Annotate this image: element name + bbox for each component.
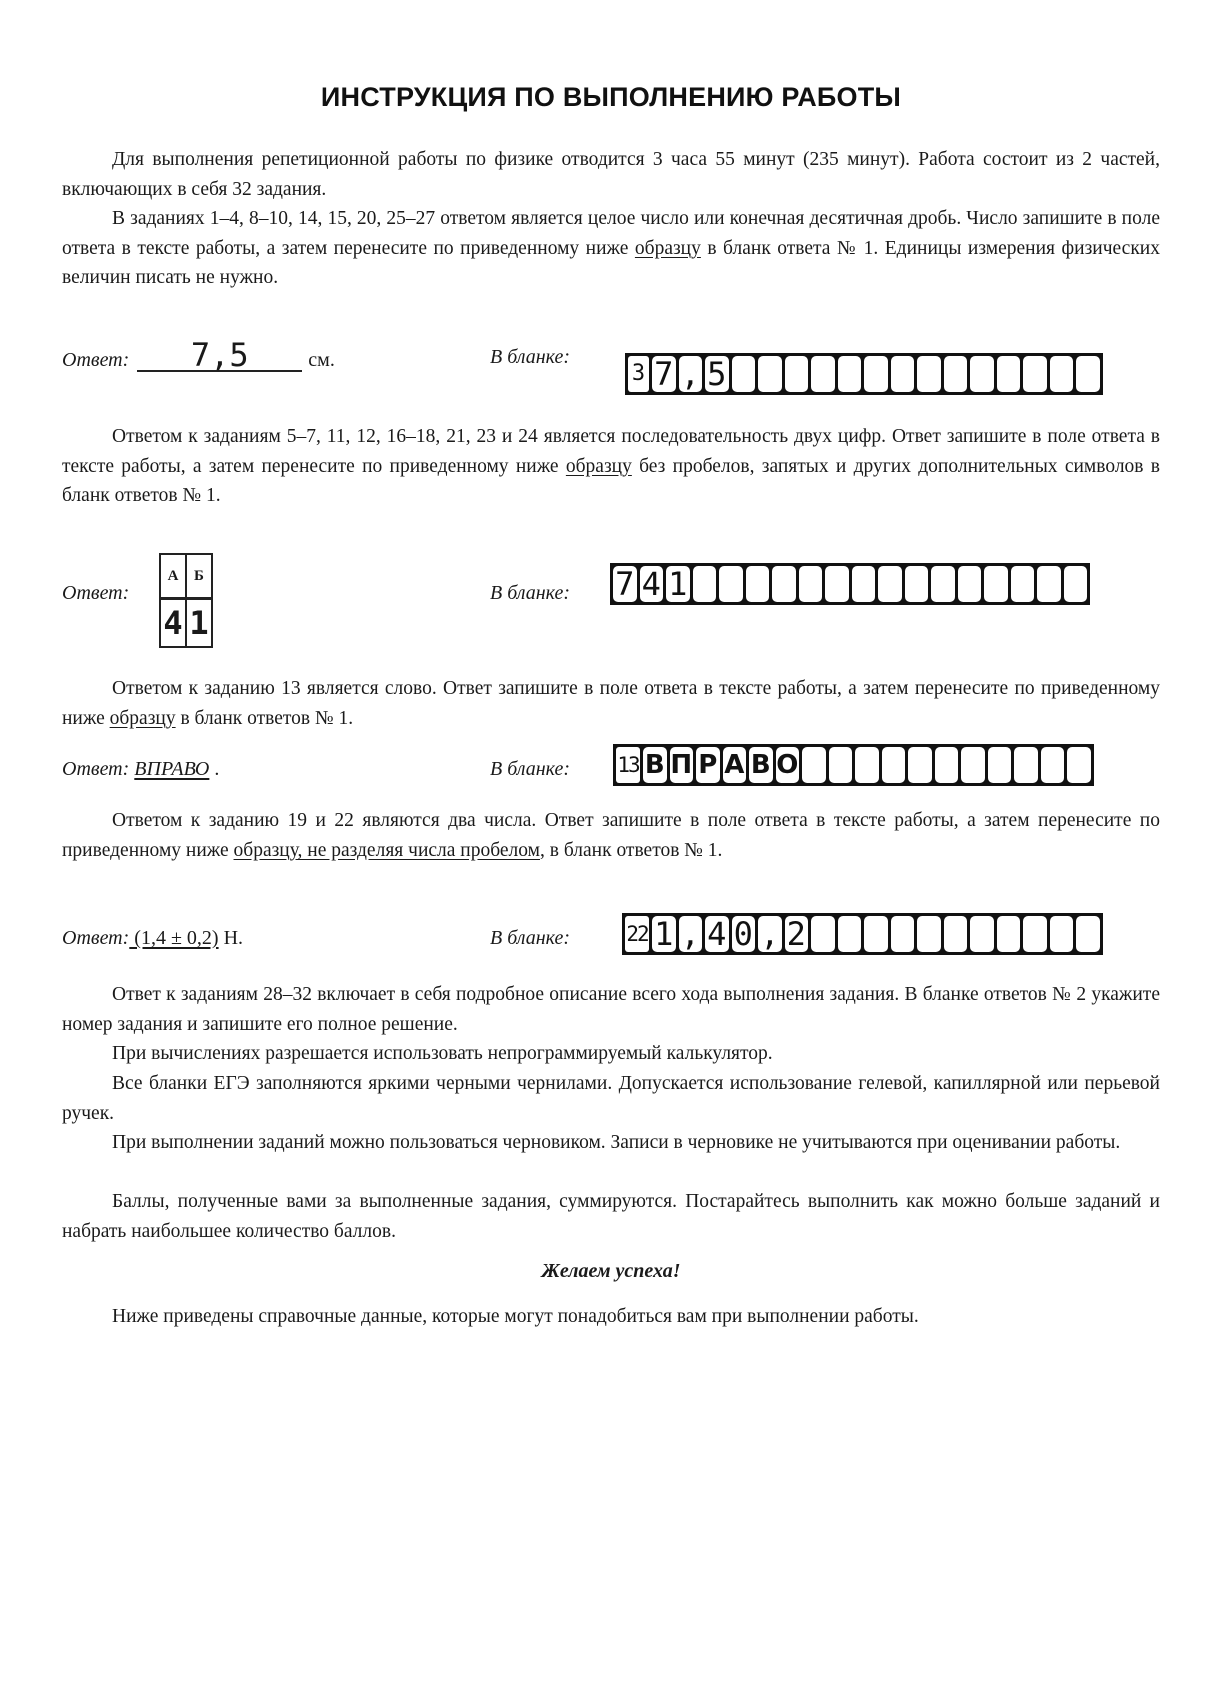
- example1-unit: см.: [308, 349, 335, 371]
- blank-cell: [931, 566, 955, 602]
- blank-cell: [997, 916, 1021, 952]
- blank-cell: ,: [758, 916, 782, 952]
- blank-cell: [1023, 916, 1047, 952]
- blank-cell: 4: [640, 566, 664, 602]
- blank-cell: О: [776, 747, 800, 783]
- example3-blank-grid: 13ВПРАВО: [613, 744, 1094, 786]
- sample-link: образцу: [110, 708, 176, 729]
- blank-cell: [855, 747, 879, 783]
- blank-cell: [719, 566, 743, 602]
- example1-answer: Ответ:7,5см.: [62, 340, 335, 372]
- blank-cell: [970, 356, 994, 392]
- example3-answer: Ответ: ВПРАВО .: [62, 758, 219, 781]
- blank-cell: [1014, 747, 1038, 783]
- example1-blank-grid: 37,5: [625, 353, 1103, 395]
- blank-cell-task-number: 7: [613, 566, 637, 602]
- blank-cell: В: [643, 747, 667, 783]
- blank-cell: [970, 916, 994, 952]
- blank-cell: [1050, 356, 1074, 392]
- sample-link: образцу: [566, 456, 632, 477]
- blank-cell: 7: [652, 356, 676, 392]
- blank-cell: [1050, 916, 1074, 952]
- blank-cell: [811, 356, 835, 392]
- blank-cell: [772, 566, 796, 602]
- example2-blank-grid: 741: [610, 563, 1090, 605]
- example4-answer-value: (1,4 ± 0,2): [129, 927, 218, 949]
- value-b: 1: [186, 599, 212, 648]
- blank-cell: [785, 356, 809, 392]
- example4-blank-grid: 221,40,2: [622, 913, 1103, 955]
- example3-answer-value: ВПРАВО: [134, 758, 209, 780]
- blank-cell: П: [670, 747, 694, 783]
- blank-cell: [1011, 566, 1035, 602]
- blank-cell: [825, 566, 849, 602]
- blank-cell: [864, 916, 888, 952]
- blank-cell: [988, 747, 1012, 783]
- blank-cell: [746, 566, 770, 602]
- blank-cell: [935, 747, 959, 783]
- blank-cell: [732, 356, 756, 392]
- paragraph-scoring: Баллы, полученные вами за выполненные за…: [62, 1187, 1160, 1246]
- blank-cell: [1067, 747, 1091, 783]
- blank-cell: [961, 747, 985, 783]
- blank-cell: [852, 566, 876, 602]
- blank-cell: [958, 566, 982, 602]
- blank-cell: 0: [732, 916, 756, 952]
- blank-cell: [799, 566, 823, 602]
- blank-cell: [917, 356, 941, 392]
- blank-cell: [891, 356, 915, 392]
- blank-cell: [811, 916, 835, 952]
- blank-cell: 5: [705, 356, 729, 392]
- blank-cell: [882, 747, 906, 783]
- column-header-b: Б: [186, 554, 212, 599]
- blank-cell: [1037, 566, 1061, 602]
- blank-cell: [997, 356, 1021, 392]
- blank-cell: [829, 747, 853, 783]
- blank-cell: 4: [705, 916, 729, 952]
- blank-cell: ,: [679, 916, 703, 952]
- sample-link: образцу: [635, 238, 701, 259]
- example2-blank-label: В бланке:: [490, 582, 570, 605]
- blank-cell: [944, 916, 968, 952]
- blank-cell: [984, 566, 1008, 602]
- blank-cell: [693, 566, 717, 602]
- blank-cell: [758, 356, 782, 392]
- blank-cell-task-number: 22: [625, 916, 649, 952]
- blank-cell: [917, 916, 941, 952]
- example4-blank-label: В бланке:: [490, 927, 570, 950]
- blank-cell: [1064, 566, 1088, 602]
- sample-link: образцу, не разделяя числа пробелом: [234, 840, 540, 861]
- example2-answer-label: Ответ:: [62, 582, 129, 605]
- paragraph-two-numbers: Ответом к заданию 19 и 22 являются два ч…: [62, 806, 1160, 865]
- page-title: ИНСТРУКЦИЯ ПО ВЫПОЛНЕНИЮ РАБОТЫ: [0, 82, 1222, 113]
- blank-cell: [1041, 747, 1065, 783]
- blank-cell-task-number: 13: [616, 747, 640, 783]
- value-a: 4: [160, 599, 186, 648]
- blank-cell: [802, 747, 826, 783]
- blank-cell: [1076, 356, 1100, 392]
- good-luck-text: Желаем успеха!: [0, 1260, 1222, 1283]
- paragraph-digit-sequence: Ответом к заданиям 5–7, 11, 12, 16–18, 2…: [62, 422, 1160, 511]
- example4-answer: Ответ: (1,4 ± 0,2) Н.: [62, 927, 243, 950]
- column-header-a: А: [160, 554, 186, 599]
- blank-cell: А: [723, 747, 747, 783]
- paragraph-time: Для выполнения репетиционной работы по ф…: [62, 145, 1160, 204]
- paragraph-word-answer: Ответом к заданию 13 является слово. Отв…: [62, 674, 1160, 733]
- paragraph-detailed-answers: Ответ к заданиям 28–32 включает в себя п…: [62, 980, 1160, 1039]
- instruction-page: ИНСТРУКЦИЯ ПО ВЫПОЛНЕНИЮ РАБОТЫ Для выпо…: [0, 0, 1222, 1706]
- blank-cell: [944, 356, 968, 392]
- paragraph-reference-data: Ниже приведены справочные данные, которы…: [62, 1302, 1160, 1332]
- paragraph-numeric-answers: В заданиях 1–4, 8–10, 14, 15, 20, 25–27 …: [62, 204, 1160, 293]
- blank-cell: [1023, 356, 1047, 392]
- blank-cell: [905, 566, 929, 602]
- blank-cell: [891, 916, 915, 952]
- example2-answer-table: А Б 4 1: [159, 553, 213, 648]
- blank-cell: [838, 356, 862, 392]
- example1-blank-label: В бланке:: [490, 346, 570, 369]
- blank-cell: [864, 356, 888, 392]
- blank-cell: 1: [652, 916, 676, 952]
- blank-cell: ,: [679, 356, 703, 392]
- blank-cell: [878, 566, 902, 602]
- blank-cell-task-number: 3: [628, 356, 649, 392]
- paragraph-draft: При выполнении заданий можно пользоватьс…: [62, 1128, 1160, 1158]
- blank-cell: 2: [785, 916, 809, 952]
- blank-cell: 1: [666, 566, 690, 602]
- example3-blank-label: В бланке:: [490, 758, 570, 781]
- paragraph-ink: Все бланки ЕГЭ заполняются яркими черным…: [62, 1069, 1160, 1128]
- blank-cell: [908, 747, 932, 783]
- blank-cell: Р: [696, 747, 720, 783]
- blank-cell: [838, 916, 862, 952]
- example1-answer-value: 7,5: [137, 340, 302, 372]
- blank-cell: [1076, 916, 1100, 952]
- blank-cell: В: [749, 747, 773, 783]
- paragraph-calculator: При вычислениях разрешается использовать…: [62, 1039, 1160, 1069]
